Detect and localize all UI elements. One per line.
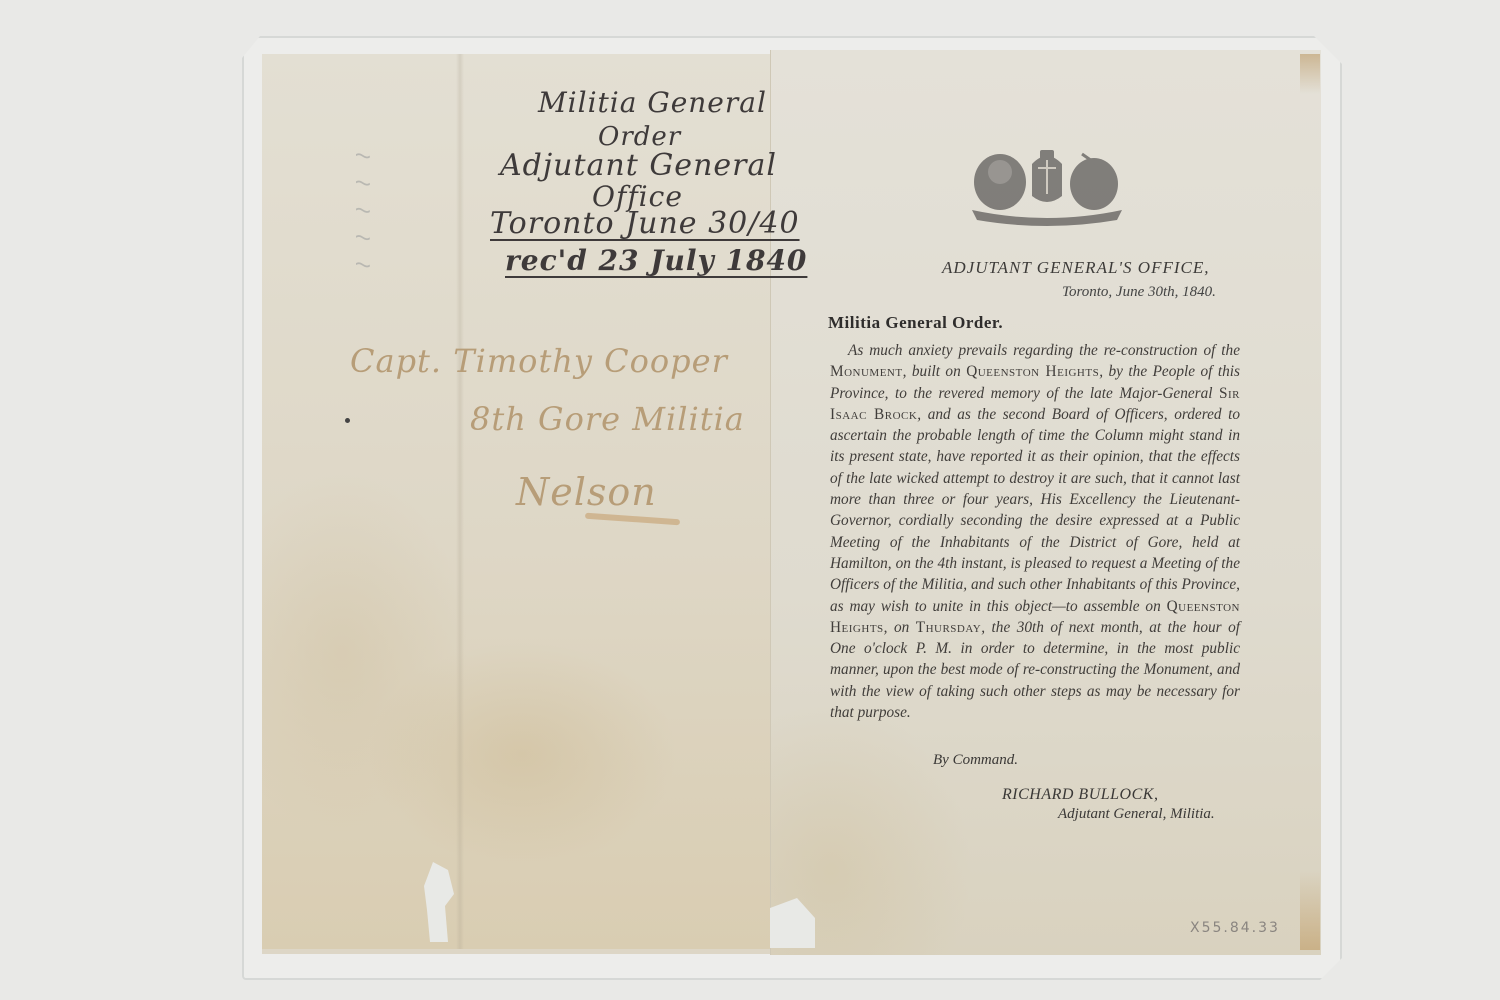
pencil-note: ≀ ≀ ≀ ≀ ≀ — [350, 150, 375, 273]
addressee-unit: 8th Gore Militia — [470, 400, 745, 438]
accession-number: X55.84.33 — [1190, 920, 1280, 936]
docket-line: Adjutant General — [500, 148, 777, 183]
foxing-stain — [1300, 54, 1320, 94]
docket-received: rec'd 23 July 1840 — [505, 244, 807, 277]
addressee: Capt. Timothy Cooper — [350, 342, 728, 380]
order-body: As much anxiety prevails regarding the r… — [830, 340, 1240, 723]
issue-date: Toronto, June 30th, 1840. — [1062, 284, 1216, 301]
foxing-stain — [1300, 870, 1320, 950]
closing: By Command. — [933, 752, 1018, 769]
royal-coat-of-arms-icon — [962, 146, 1132, 226]
addressee-location: Nelson — [516, 470, 657, 514]
office-heading: ADJUTANT GENERAL'S OFFICE, — [942, 258, 1209, 278]
docket-line: Militia General — [538, 86, 767, 119]
signer-name: RICHARD BULLOCK, — [1002, 786, 1158, 804]
order-title: Militia General Order. — [828, 313, 1003, 333]
fold-line — [456, 54, 464, 949]
docket-date: Toronto June 30/40 — [490, 206, 800, 241]
signer-title: Adjutant General, Militia. — [1058, 806, 1215, 823]
ink-spot — [345, 418, 350, 423]
